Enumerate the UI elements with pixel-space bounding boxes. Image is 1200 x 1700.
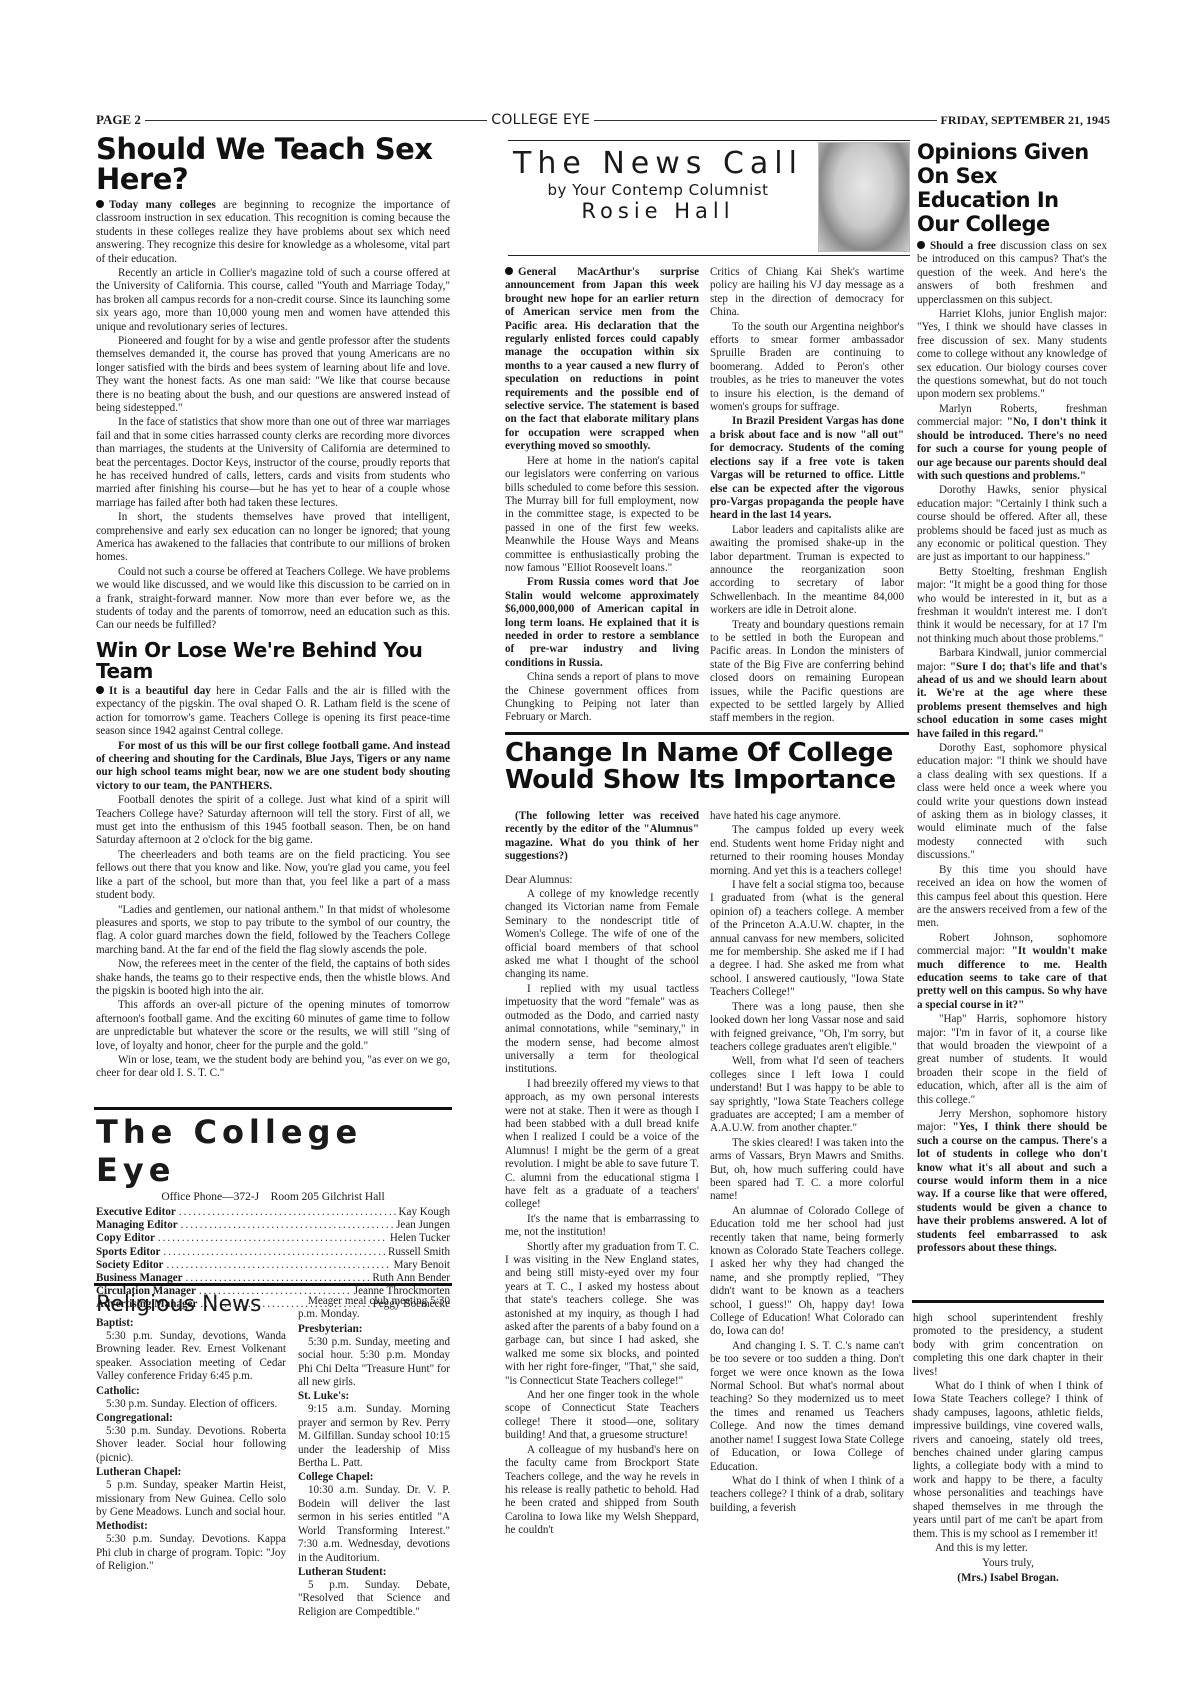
section-divider [505, 732, 909, 735]
letter-paragraph: And this is my letter. [913, 1542, 1103, 1555]
letter-closing: Yours truly, [913, 1557, 1103, 1570]
bold-paragraph: For most of us this will be our first co… [96, 740, 450, 794]
paragraph: Football denotes the spirit of a college… [96, 794, 450, 848]
headline: Opinions Given On Sex Education In Our C… [917, 140, 1107, 236]
masthead-rule [594, 120, 936, 121]
letter-paragraph: have hated his cage anymore. [710, 810, 904, 823]
denomination: Methodist: [96, 1520, 286, 1533]
page-number: PAGE 2 [96, 112, 141, 128]
paragraph: In short, the students themselves have p… [96, 511, 450, 565]
listing: 5:30 p.m. Sunday. Devotions. Roberta Sho… [96, 1425, 286, 1465]
news-item: Labor leaders and capitalists alike are … [710, 524, 904, 618]
issue-date: FRIDAY, SEPTEMBER 21, 1945 [941, 113, 1110, 128]
paragraph: In the face of statistics that show more… [96, 416, 450, 510]
listing: 5:30 p.m. Sunday, devotions, Wanda Brown… [96, 1330, 286, 1384]
student-response: Dorothy East, sophomore physical educati… [917, 742, 1107, 863]
section-divider [94, 1283, 452, 1286]
letter-paragraph: An alumnae of Colorado College of Educat… [710, 1205, 904, 1339]
listing: 5 p.m. Sunday. Debate, "Resolved that Sc… [298, 1579, 450, 1619]
news-item: From Russia comes word that Joe Stalin w… [505, 576, 699, 670]
staff-row: Executive Editor........................… [96, 1206, 450, 1219]
denomination: Lutheran Student: [298, 1566, 450, 1579]
bullet-icon [96, 200, 104, 208]
student-response: Betty Stoelting, freshman English major:… [917, 566, 1107, 646]
staff-box: The College Eye Office Phone—372-J Room … [96, 1113, 450, 1312]
listing: 5 p.m. Sunday, speaker Martin Heist, mis… [96, 1479, 286, 1519]
office-contact: Office Phone—372-J Room 205 Gilchrist Ha… [96, 1191, 450, 1203]
denomination: Presbyterian: [298, 1323, 450, 1336]
news-item: Here at home in the nation's capital our… [505, 455, 699, 576]
article-body: It is a beautiful day here in Cedar Fall… [96, 685, 450, 1081]
section-divider [94, 1107, 452, 1110]
religious-news-title: Religious News [96, 1292, 286, 1317]
religious-news-col1: Religious News Baptist: 5:30 p.m. Sunday… [96, 1292, 286, 1575]
letter-paragraph: A college of my knowledge recently chang… [505, 888, 699, 982]
letter-paragraph: A colleague of my husband's here on the … [505, 1444, 699, 1538]
denomination: St. Luke's: [298, 1390, 450, 1403]
student-response: Harriet Klohs, junior English major: "Ye… [917, 308, 1107, 402]
student-response: Dorothy Hawks, senior physical education… [917, 484, 1107, 564]
news-item: General MacArthur's surprise announcemen… [505, 266, 699, 454]
letter-paragraph: And changing I. S. T. C.'s name can't be… [710, 1340, 904, 1474]
letter-paragraph: The skies cleared! I was taken into the … [710, 1137, 904, 1204]
news-item: Treaty and boundary questions remain to … [710, 619, 904, 726]
columnist-photo [818, 142, 910, 252]
article-body: Should a free discussion class on sex be… [917, 240, 1107, 1255]
letter-paragraph: high school superintendent freshly promo… [913, 1312, 1103, 1379]
letter-paragraph: It's the name that is embarrassing to me… [505, 1213, 699, 1240]
masthead: PAGE 2 COLLEGE EYE FRIDAY, SEPTEMBER 21,… [96, 112, 1110, 128]
denomination: Baptist: [96, 1317, 286, 1330]
section-divider [912, 1300, 1104, 1303]
headline: Should We Teach Sex Here? [96, 134, 450, 195]
news-call-col2: Critics of Chiang Kai Shek's wartime pol… [710, 266, 904, 727]
paragraph: Win or lose, team, we the student body a… [96, 1054, 450, 1081]
listing: 5:30 p.m. Sunday. Devotions. Kappa Phi c… [96, 1533, 286, 1573]
student-response: Jerry Mershon, sophomore history major: … [917, 1108, 1107, 1255]
paragraph: Recently an article in Collier's magazin… [96, 267, 450, 334]
letter-paragraph: There was a long pause, then she looked … [710, 1001, 904, 1055]
listing: Meager meal club meeting 5:30 p.m. Monda… [298, 1295, 450, 1322]
bullet-icon [917, 241, 925, 249]
opinions-article: Opinions Given On Sex Education In Our C… [917, 140, 1107, 1256]
letter-paragraph: The campus folded up every week end. Stu… [710, 824, 904, 878]
letter-col1: (The following letter was received recen… [505, 810, 699, 1539]
section-divider [508, 140, 910, 141]
listing: 9:15 a.m. Sunday. Morning prayer and ser… [298, 1403, 450, 1470]
student-response: "Hap" Harris, sophomore history major: "… [917, 1013, 1107, 1107]
religious-news-col2: Meager meal club meeting 5:30 p.m. Monda… [298, 1295, 450, 1620]
letter-paragraph: I have felt a social stigma too, because… [710, 879, 904, 1000]
masthead-rule [145, 120, 487, 121]
transition-paragraph: By this time you should have received an… [917, 864, 1107, 931]
letter-col2: have hated his cage anymore. The campus … [710, 810, 904, 1516]
denomination: Lutheran Chapel: [96, 1466, 286, 1479]
denomination: Congregational: [96, 1412, 286, 1425]
lead-paragraph: Today many colleges are beginning to rec… [96, 199, 450, 266]
news-item: To the south our Argentina neighbor's ef… [710, 321, 904, 415]
student-response: Barbara Kindwall, junior commercial majo… [917, 647, 1107, 741]
paragraph: This affords an over-all picture of the … [96, 999, 450, 1053]
salutation: Dear Alumnus: [505, 874, 699, 887]
news-item: Critics of Chiang Kai Shek's wartime pol… [710, 266, 904, 320]
column-byline: by Your Contemp Columnist [508, 181, 808, 199]
sex-editorial: Should We Teach Sex Here? Today many col… [96, 134, 450, 634]
column-title: The News Call [508, 146, 808, 181]
denomination: College Chapel: [298, 1471, 450, 1484]
letter-paragraph: I had breezily offered my views to that … [505, 1078, 699, 1212]
letter-paragraph: I replied with my usual tactless impetuo… [505, 983, 699, 1077]
letter-paragraph: What do I think of when I think of Iowa … [913, 1380, 1103, 1541]
student-response: Marlyn Roberts, freshman commercial majo… [917, 403, 1107, 483]
article-body: Today many colleges are beginning to rec… [96, 199, 450, 633]
listing: 10:30 a.m. Sunday. Dr. V. P. Bodein will… [298, 1484, 450, 1564]
news-call-header: The News Call by Your Contemp Columnist … [508, 146, 808, 223]
columnist-name: Rosie Hall [508, 199, 808, 223]
paragraph: Could not such a course be offered at Te… [96, 566, 450, 633]
bullet-icon [505, 267, 513, 275]
bullet-icon [96, 686, 104, 694]
staff-row: Copy Editor.............................… [96, 1232, 450, 1245]
paper-name: COLLEGE EYE [491, 112, 590, 128]
staff-row: Managing Editor.........................… [96, 1219, 450, 1232]
letter-paragraph: And her one finger took in the whole sco… [505, 1389, 699, 1443]
letter-paragraph: Well, from what I'd seen of teachers col… [710, 1055, 904, 1135]
headline: Win Or Lose We're Behind You Team [96, 640, 450, 682]
lead-paragraph: It is a beautiful day here in Cedar Fall… [96, 685, 450, 739]
paragraph: "Ladies and gentlemen, our national anth… [96, 904, 450, 958]
editor-note: (The following letter was received recen… [505, 810, 699, 864]
staff-row: Sports Editor...........................… [96, 1246, 450, 1259]
listing: 5:30 p.m. Sunday, meeting and social hou… [298, 1336, 450, 1390]
denomination: Catholic: [96, 1385, 286, 1398]
letter-headline: Change In Name Of College Would Show Its… [505, 740, 925, 795]
letter-paragraph: What do I think of when I think of a tea… [710, 1475, 904, 1515]
lead-paragraph: Should a free discussion class on sex be… [917, 240, 1107, 307]
football-editorial: Win Or Lose We're Behind You Team It is … [96, 640, 450, 1082]
paragraph: The cheerleaders and both teams are on t… [96, 849, 450, 903]
staff-row: Society Editor..........................… [96, 1259, 450, 1272]
letter-signature: (Mrs.) Isabel Brogan. [913, 1572, 1103, 1585]
letter-col3: high school superintendent freshly promo… [913, 1312, 1103, 1586]
paragraph: Pioneered and fought for by a wise and g… [96, 335, 450, 415]
student-response: Robert Johnson, sophomore commercial maj… [917, 932, 1107, 1012]
paragraph: Now, the referees meet in the center of … [96, 958, 450, 998]
staff-box-title: The College Eye [96, 1113, 450, 1189]
news-call-col1: General MacArthur's surprise announcemen… [505, 266, 699, 726]
letter-paragraph: Shortly after my graduation from T. C. I… [505, 1241, 699, 1388]
section-divider [508, 255, 910, 256]
news-item: In Brazil President Vargas has done a br… [710, 415, 904, 522]
listing: 5:30 p.m. Sunday. Election of officers. [96, 1398, 286, 1411]
news-item: China sends a report of plans to move th… [505, 671, 699, 725]
